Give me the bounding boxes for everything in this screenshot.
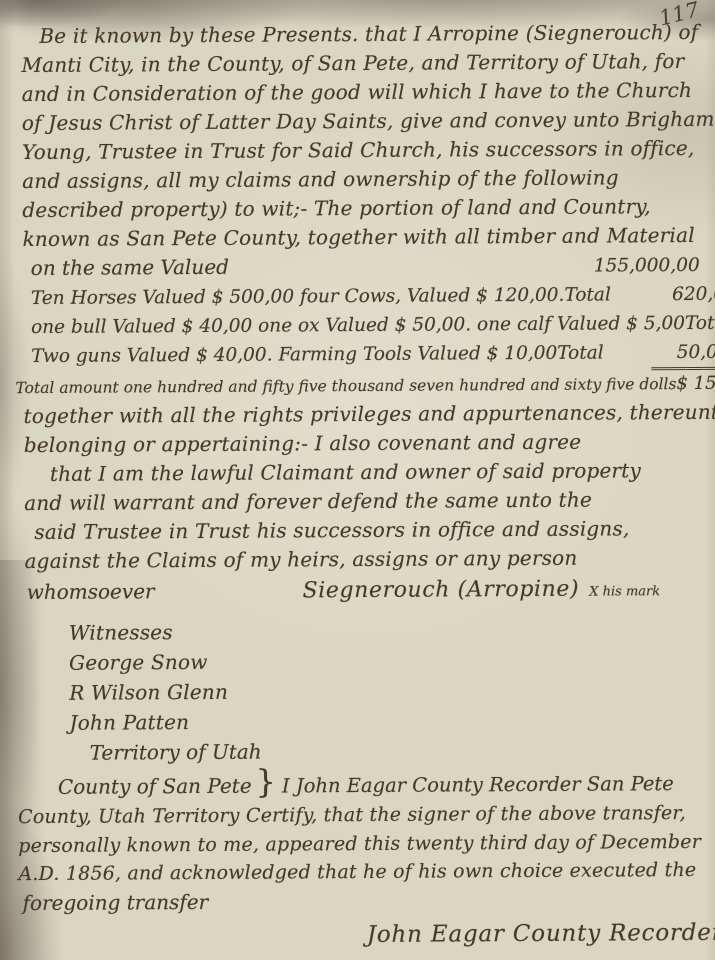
certificate-line: I John Eagar County Recorder San Pete [282,768,674,801]
deed-line: belonging or appertaining:- I also coven… [16,427,701,460]
witness-block: Witnesses George Snow R Wilson Glenn Joh… [17,614,703,738]
valuation-amount: 50,00 [652,338,715,370]
deed-line: described property) to wit;- The portion… [14,192,699,225]
valuation-total-label: Total [685,308,715,338]
deed-line: said Trustee in Trust his successors in … [16,514,701,547]
deed-line: Young, Trustee in Trust for Said Church,… [14,134,699,167]
grand-total-row: Total amount one hundred and fifty five … [15,370,700,402]
deed-line: against the Claims of my heirs, assigns … [16,543,701,576]
deed-line: Manti City, in the County, of San Pete, … [13,47,698,80]
valuation-amount: 155,000,00 [594,251,700,281]
deed-signature-row: whomsoever Siegnerouch (Arropine) X his … [17,572,702,612]
certificate-line: County, Utah Territory Certify, that the… [18,799,703,832]
witnesses-heading: Witnesses [69,614,702,648]
recorder-signature: John Eagar County Recorder [19,917,704,951]
brace-glyph: } [252,766,283,796]
valuation-amount: 620,00 [659,280,715,309]
witness-name: George Snow [69,644,702,678]
county-line: County of San Pete [18,771,252,803]
deed-line: of Jesus Christ of Latter Day Saints, gi… [14,105,699,138]
deed-line: and will warrant and forever defend the … [16,485,701,518]
deed-line: that I am the lawful Claimant and owner … [16,456,701,489]
valuation-text: Two guns Valued $ 40,00. Farming Tools V… [15,339,557,371]
valuation-total-label: Total [557,338,652,368]
valuation-total-label: Total [564,280,659,310]
deed-line: Be it known by these Presents. that I Ar… [13,18,698,51]
document-page: 117 Be it known by these Presents. that … [0,0,715,960]
valuation-row: one bull Valued $ 40,00 one ox Valued $ … [15,309,700,342]
valuation-text: Ten Horses Valued $ 500,00 four Cows, Va… [15,281,565,313]
deed-closing-word: whomsoever [17,575,155,608]
valuation-row: Ten Horses Valued $ 500,00 four Cows, Va… [15,280,700,313]
deed-line: and in Consideration of the good will wh… [14,76,699,109]
grand-total-amount: $ 155765,00 [676,369,715,397]
valuation-text: on the same Valued [15,253,229,283]
certificate-line: A.D. 1856, and acknowledged that he of h… [18,856,703,889]
valuation-row: Two guns Valued $ 40,00. Farming Tools V… [15,338,700,374]
valuation-row: on the same Valued 155,000,00 [15,250,700,284]
deed-body: Be it known by these Presents. that I Ar… [0,0,715,952]
witness-name: John Patten [69,704,702,738]
certificate-line: foregoing transfer [19,884,704,917]
recorder-certificate: Territory of Utah County of San Pete } I… [18,734,704,952]
his-mark-note: X his mark [589,576,660,608]
territory-line: Territory of Utah [18,734,703,768]
deed-line: and assigns, all my claims and ownership… [14,163,699,196]
deed-line: known as San Pete County, together with … [14,221,699,254]
valuation-text: one bull Valued $ 40,00 one ox Valued $ … [15,309,685,342]
county-row: County of San Pete } I John Eagar County… [18,764,703,803]
deed-line: together with all the rights privileges … [16,398,701,431]
certificate-line: personally known to me, appeared this tw… [18,827,703,860]
grantor-signature: Siegnerouch (Arropine) [302,574,579,608]
witness-name: R Wilson Glenn [69,674,702,708]
grand-total-text: Total amount one hundred and fifty five … [15,371,676,402]
